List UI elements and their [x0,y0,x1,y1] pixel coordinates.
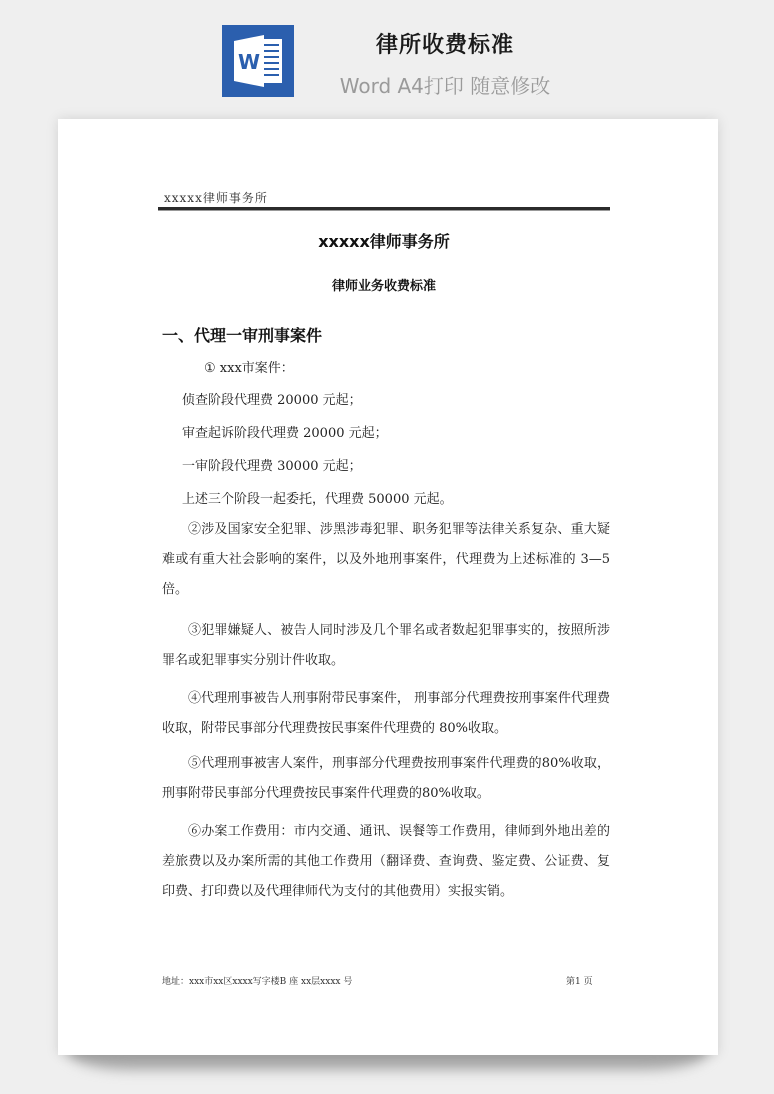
paragraph-6: ⑥办案工作费用：市内交通、通讯、误餐等工作费用，律师到外地出差的差旅费以及办案所… [162,817,610,907]
fee-line: 一审阶段代理费 30000 元起； [182,455,362,474]
footer-page-number: 第1 页 [566,974,593,987]
document-page: xxxxx律师事务所 xxxxx律师事务所 律师业务收费标准 一、代理一审刑事案… [58,119,718,1055]
banner: W 律所收费标准 Word A4打印 随意修改 [0,0,774,110]
svg-text:W: W [238,50,260,74]
fee-line: 侦查阶段代理费 20000 元起； [182,389,362,408]
paragraph-3: ③犯罪嫌疑人、被告人同时涉及几个罪名或者数起犯罪事实的，按照所涉罪名或犯罪事实分… [162,616,610,676]
section-heading: 一、代理一审刑事案件 [162,323,322,346]
item-1-label: ① xxx市案件： [204,357,294,376]
page-header-text: xxxxx律师事务所 [158,189,616,209]
fee-line: 审查起诉阶段代理费 20000 元起； [182,422,388,441]
document-title: xxxxx律师事务所 [158,229,610,252]
paragraph-2: ②涉及国家安全犯罪、涉黑涉毒犯罪、职务犯罪等法律关系复杂、重大疑难或有重大社会影… [162,515,610,605]
paragraph-5: ⑤代理刑事被害人案件，刑事部分代理费按刑事案件代理费的80%收取，刑事附带民事部… [162,749,610,809]
document-subtitle: 律师业务收费标准 [158,275,610,294]
footer-address: 地址：xxx市xx区xxxx写字楼B 座 xx层xxxx 号 [162,974,352,987]
header-rule-thin [158,210,610,211]
word-icon: W [222,25,294,97]
paragraph-4: ④代理刑事被告人刑事附带民事案件， 刑事部分代理费按刑事案件代理费收取，附带民事… [162,684,610,744]
banner-subtitle: Word A4打印 随意修改 [300,70,590,99]
fee-line: 上述三个阶段一起委托，代理费 50000 元起。 [182,488,453,507]
banner-title: 律所收费标准 [300,28,590,59]
